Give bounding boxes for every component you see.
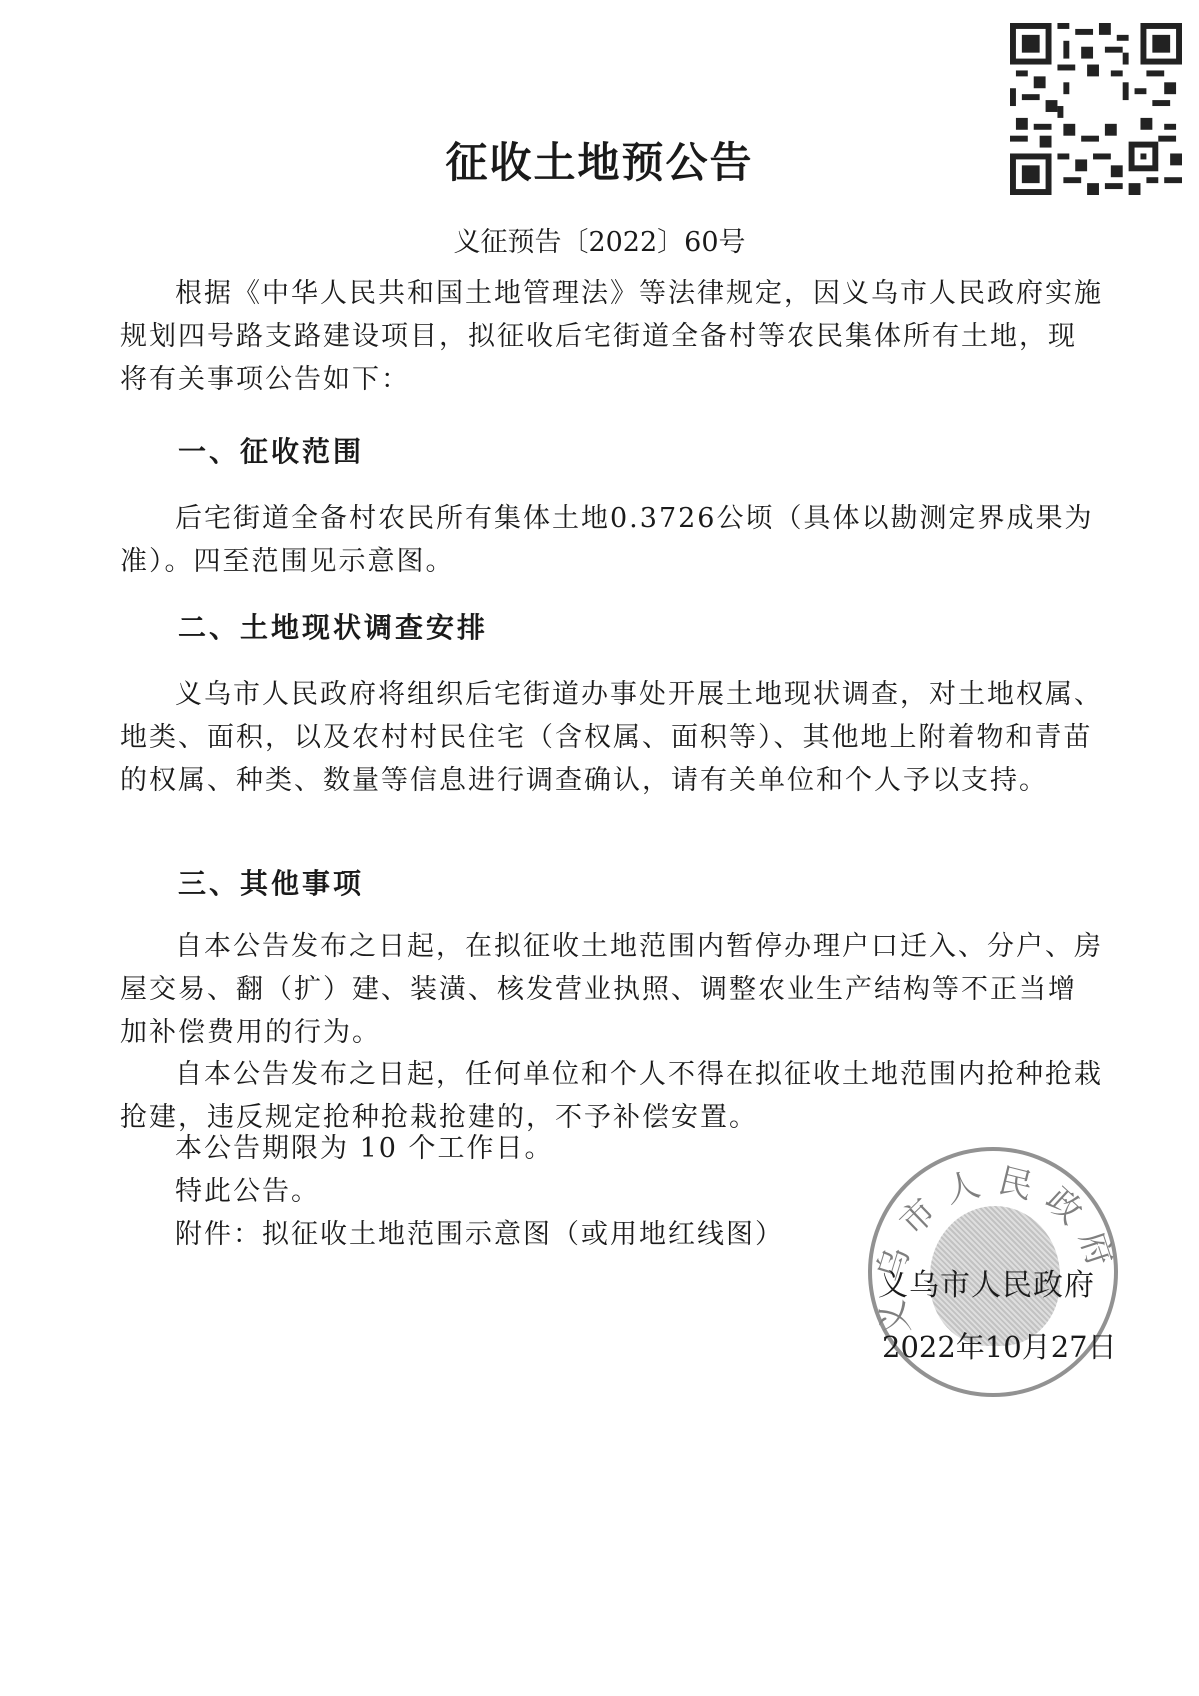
period-line: 本公告期限为 10 个工作日。 — [175, 1126, 554, 1165]
section-3-body-1: 自本公告发布之日起，在拟征收土地范围内暂停办理户口迁入、分户、房屋交易、翻（扩）… — [120, 925, 1104, 1054]
document-number: 义征预告〔2022〕60号 — [0, 220, 1199, 259]
intro-paragraph: 根据《中华人民共和国土地管理法》等法律规定，因义乌市人民政府实施规划四号路支路建… — [120, 272, 1104, 401]
svg-text:义乌市人民政府: 义乌市人民政府 — [872, 1160, 1122, 1338]
section-1-heading: 一、征收范围 — [178, 430, 364, 470]
page-title: 征收土地预公告 — [0, 130, 1199, 190]
issuing-organization: 义乌市人民政府 — [878, 1260, 1095, 1304]
section-3-heading: 三、其他事项 — [178, 862, 364, 902]
section-1-body: 后宅街道全备村农民所有集体土地0.3726公顷（具体以勘测定界成果为准）。四至范… — [120, 497, 1104, 583]
section-2-body: 义乌市人民政府将组织后宅街道办事处开展土地现状调查，对土地权属、地类、面积，以及… — [120, 673, 1104, 802]
issue-date: 2022年10月27日 — [882, 1325, 1117, 1366]
closing-line: 特此公告。 — [175, 1169, 320, 1208]
section-2-heading: 二、土地现状调查安排 — [178, 606, 488, 646]
attachment-line: 附件：拟征收土地范围示意图（或用地红线图） — [175, 1212, 784, 1251]
